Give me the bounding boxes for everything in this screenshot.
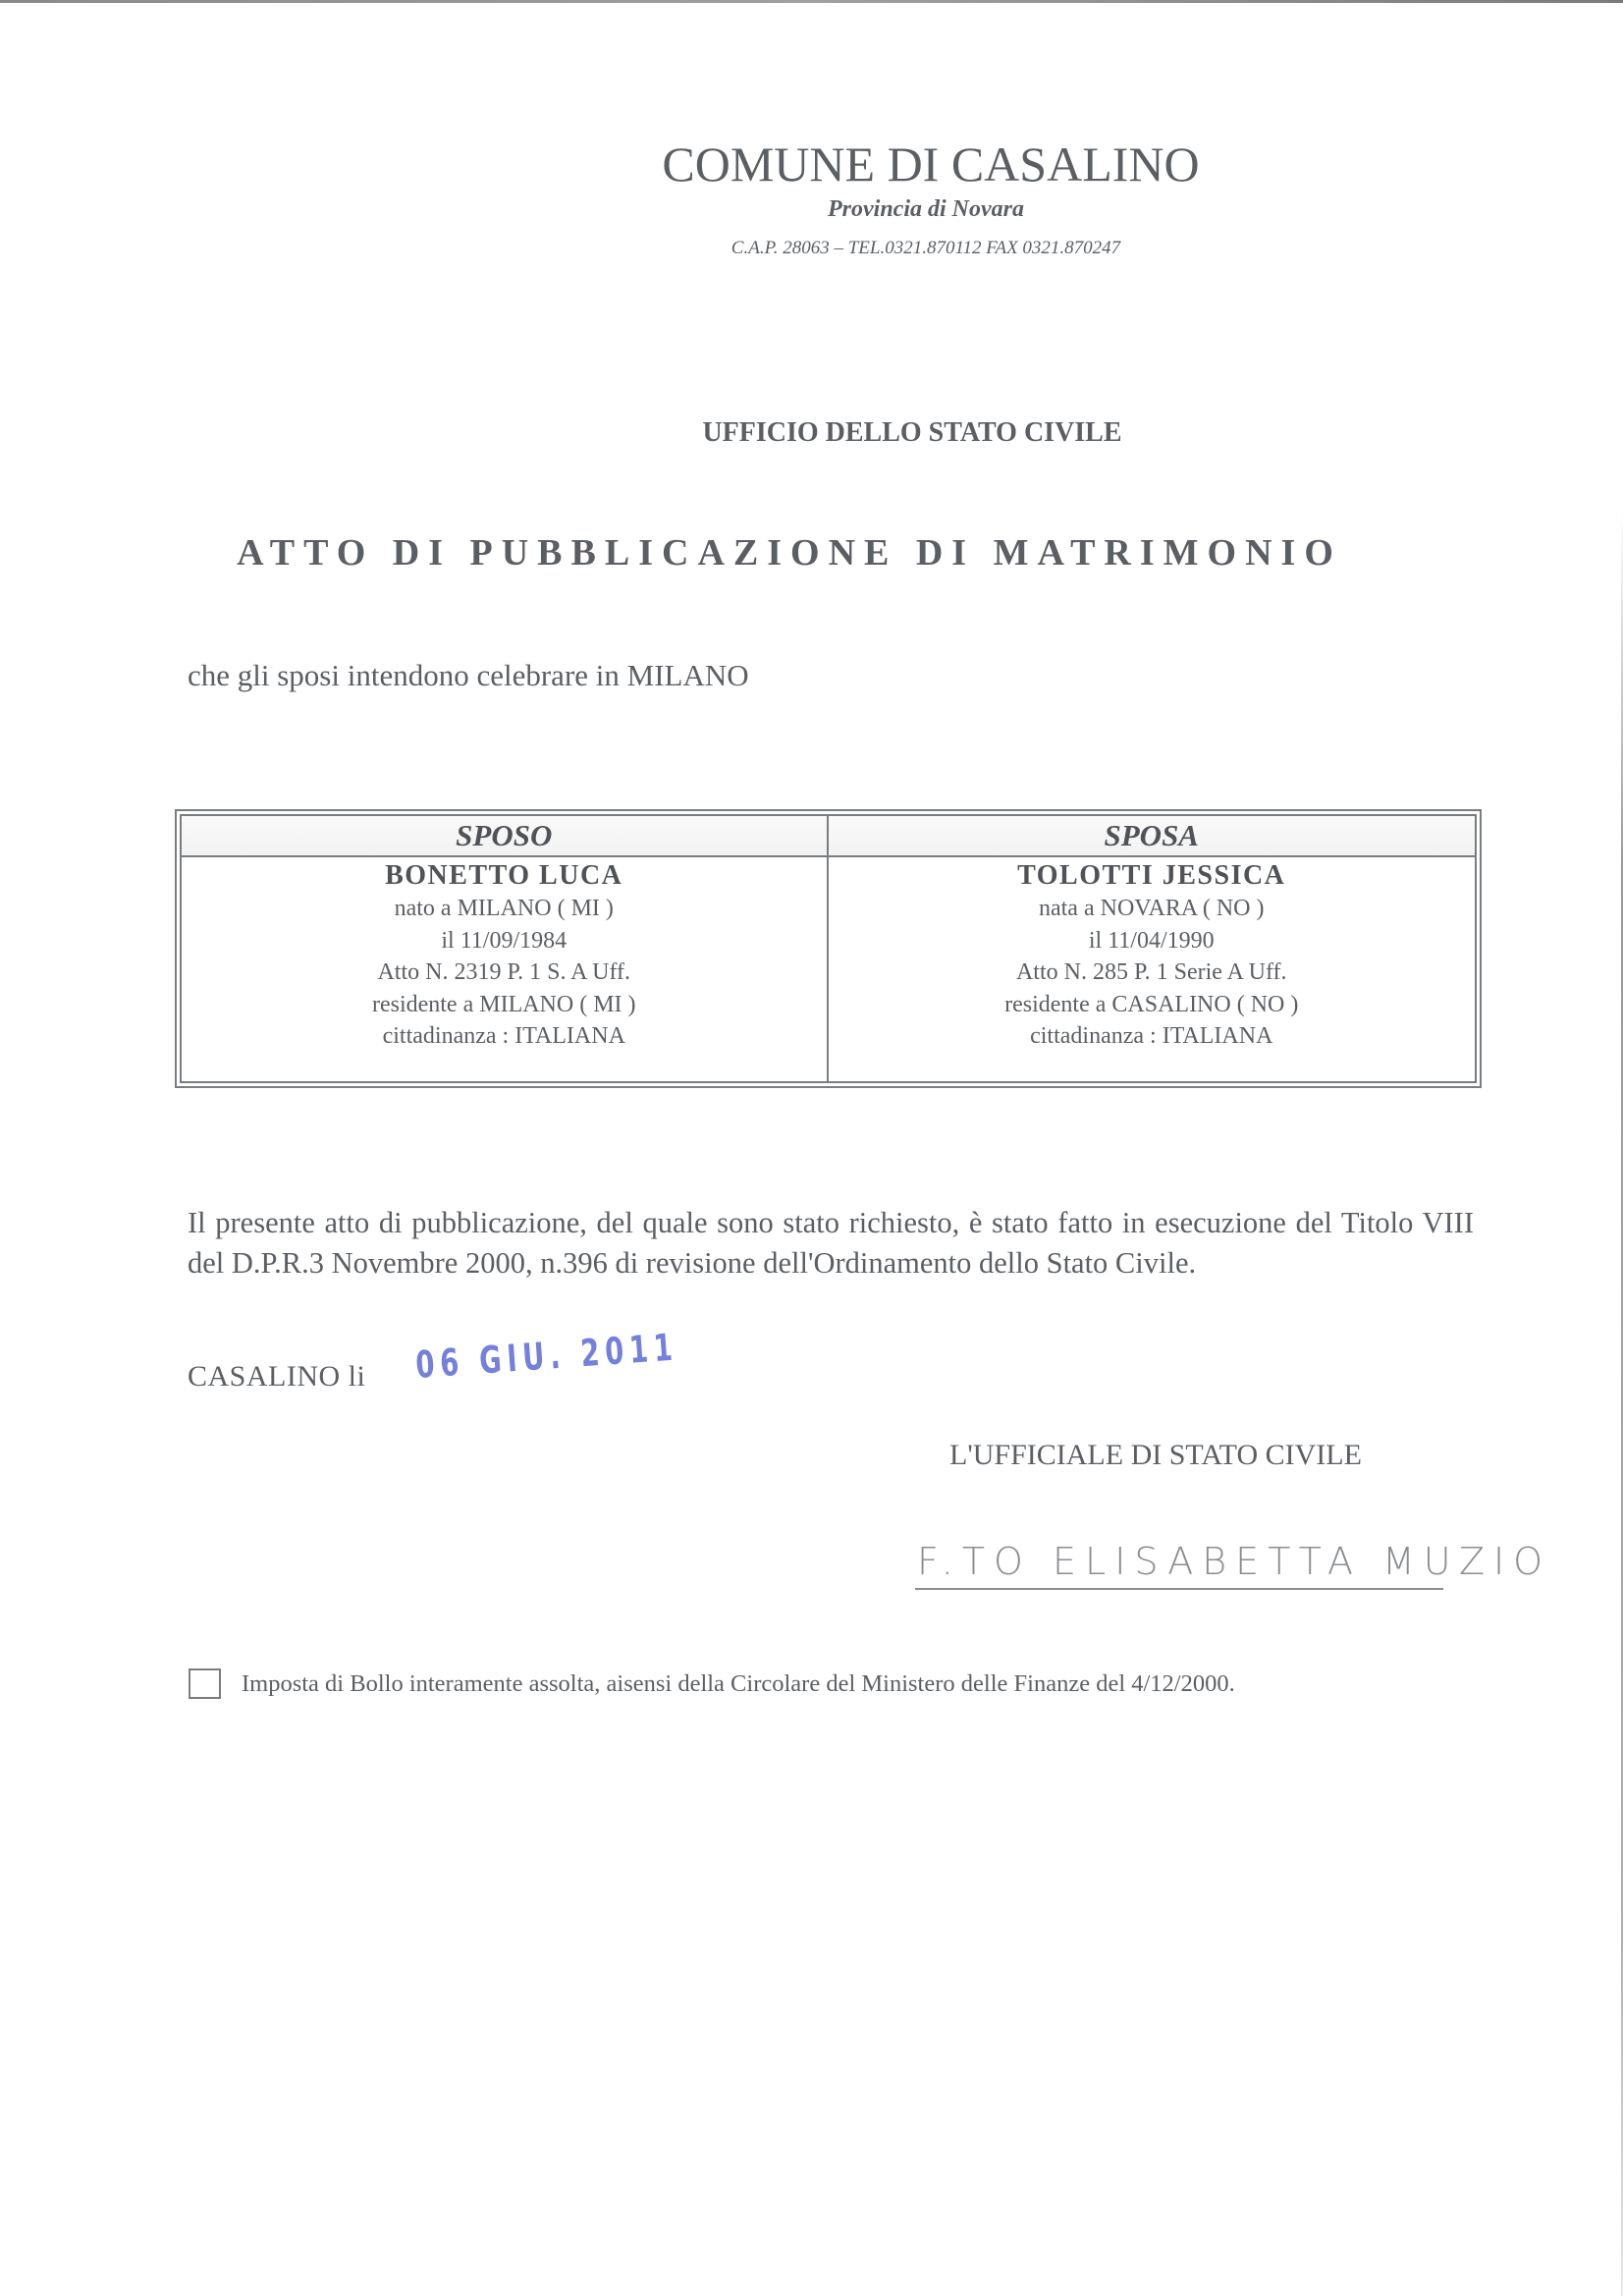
bride-details: TOLOTTI JESSICA nata a NOVARA ( NO ) il … [829,857,1476,1081]
stamp-duty-text: Imposta di Bollo interamente assolta, ai… [242,1670,1235,1698]
place-label: CASALINO li [188,1360,365,1394]
bride-birthplace: nata a NOVARA ( NO ) [829,893,1476,925]
groom-birth-record: Atto N. 2319 P. 1 S. A Uff. [182,957,827,989]
intro-text: che gli sposi intendono celebrare in MIL… [188,658,749,693]
handwritten-signature: F.TO ELISABETTA MUZIO [917,1540,1551,1583]
scan-edge-top [0,0,1623,3]
bride-birthdate: il 11/04/1990 [829,925,1476,957]
signature-line [915,1588,1443,1590]
province-subtitle: Provincia di Novara [0,196,1623,223]
document-title: ATTO DI PUBBLICAZIONE DI MATRIMONIO [0,531,1579,574]
groom-residence: residente a MILANO ( MI ) [182,989,827,1021]
groom-name: BONETTO LUCA [182,859,827,893]
bride-residence: residente a CASALINO ( NO ) [829,989,1476,1021]
date-stamp: 06 GIU. 2011 [414,1325,679,1387]
spouses-table: SPOSO SPOSA BONETTO LUCA nato a MILANO (… [175,809,1482,1088]
bride-name: TOLOTTI JESSICA [829,859,1476,893]
bride-citizenship: cittadinanza : ITALIANA [829,1020,1476,1053]
column-header-bride: SPOSA [829,816,1476,857]
column-header-groom: SPOSO [182,816,829,857]
officer-title: L'UFFICIALE DI STATO CIVILE [949,1439,1362,1472]
groom-citizenship: cittadinanza : ITALIANA [182,1020,827,1053]
contact-info: C.A.P. 28063 – TEL.0321.870112 FAX 0321.… [0,238,1623,259]
groom-birthdate: il 11/09/1984 [182,925,827,957]
bride-birth-record: Atto N. 285 P. 1 Serie A Uff. [829,957,1476,989]
declaration-paragraph: Il presente atto di pubblicazione, del q… [188,1203,1474,1284]
groom-details: BONETTO LUCA nato a MILANO ( MI ) il 11/… [182,857,829,1081]
office-heading: UFFICIO DELLO STATO CIVILE [0,417,1623,449]
stamp-duty-checkbox[interactable] [189,1668,221,1699]
municipality-title: COMUNE DI CASALINO [0,136,1623,192]
groom-birthplace: nato a MILANO ( MI ) [182,893,827,925]
